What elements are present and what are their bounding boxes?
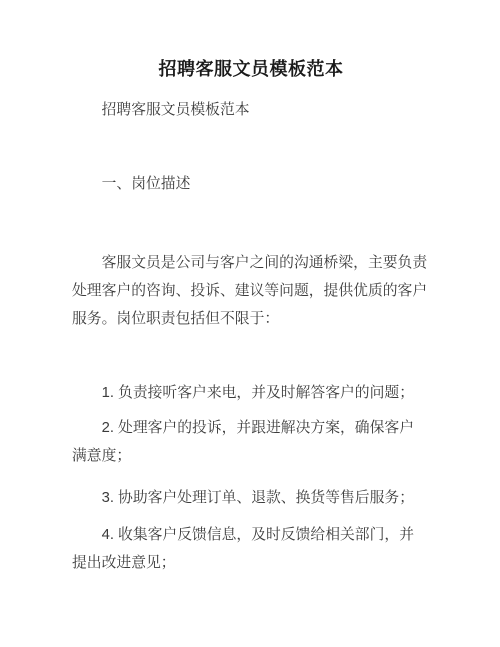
- duty-item-4: 4. 收集客户反馈信息，及时反馈给相关部门，并 提出改进意见；: [72, 521, 430, 577]
- document-title: 招聘客服文员模板范本: [72, 56, 430, 82]
- duty-item-1: 1. 负责接听客户来电，并及时解答客户的问题；: [72, 379, 430, 407]
- section-heading: 一、岗位描述: [72, 170, 430, 198]
- duty-item-3: 3. 协助客户处理订单、退款、换货等售后服务；: [72, 484, 430, 512]
- intro-paragraph: 客服文员是公司与客户之间的沟通桥梁，主要负责 处理客户的咨询、投诉、建议等问题，…: [72, 249, 430, 333]
- duty-item-2: 2. 处理客户的投诉，并跟进解决方案，确保客户 满意度；: [72, 414, 430, 470]
- document-page: 招聘客服文员模板范本 招聘客服文员模板范本 一、岗位描述 客服文员是公司与客户之…: [0, 0, 500, 647]
- document-subtitle: 招聘客服文员模板范本: [72, 96, 430, 124]
